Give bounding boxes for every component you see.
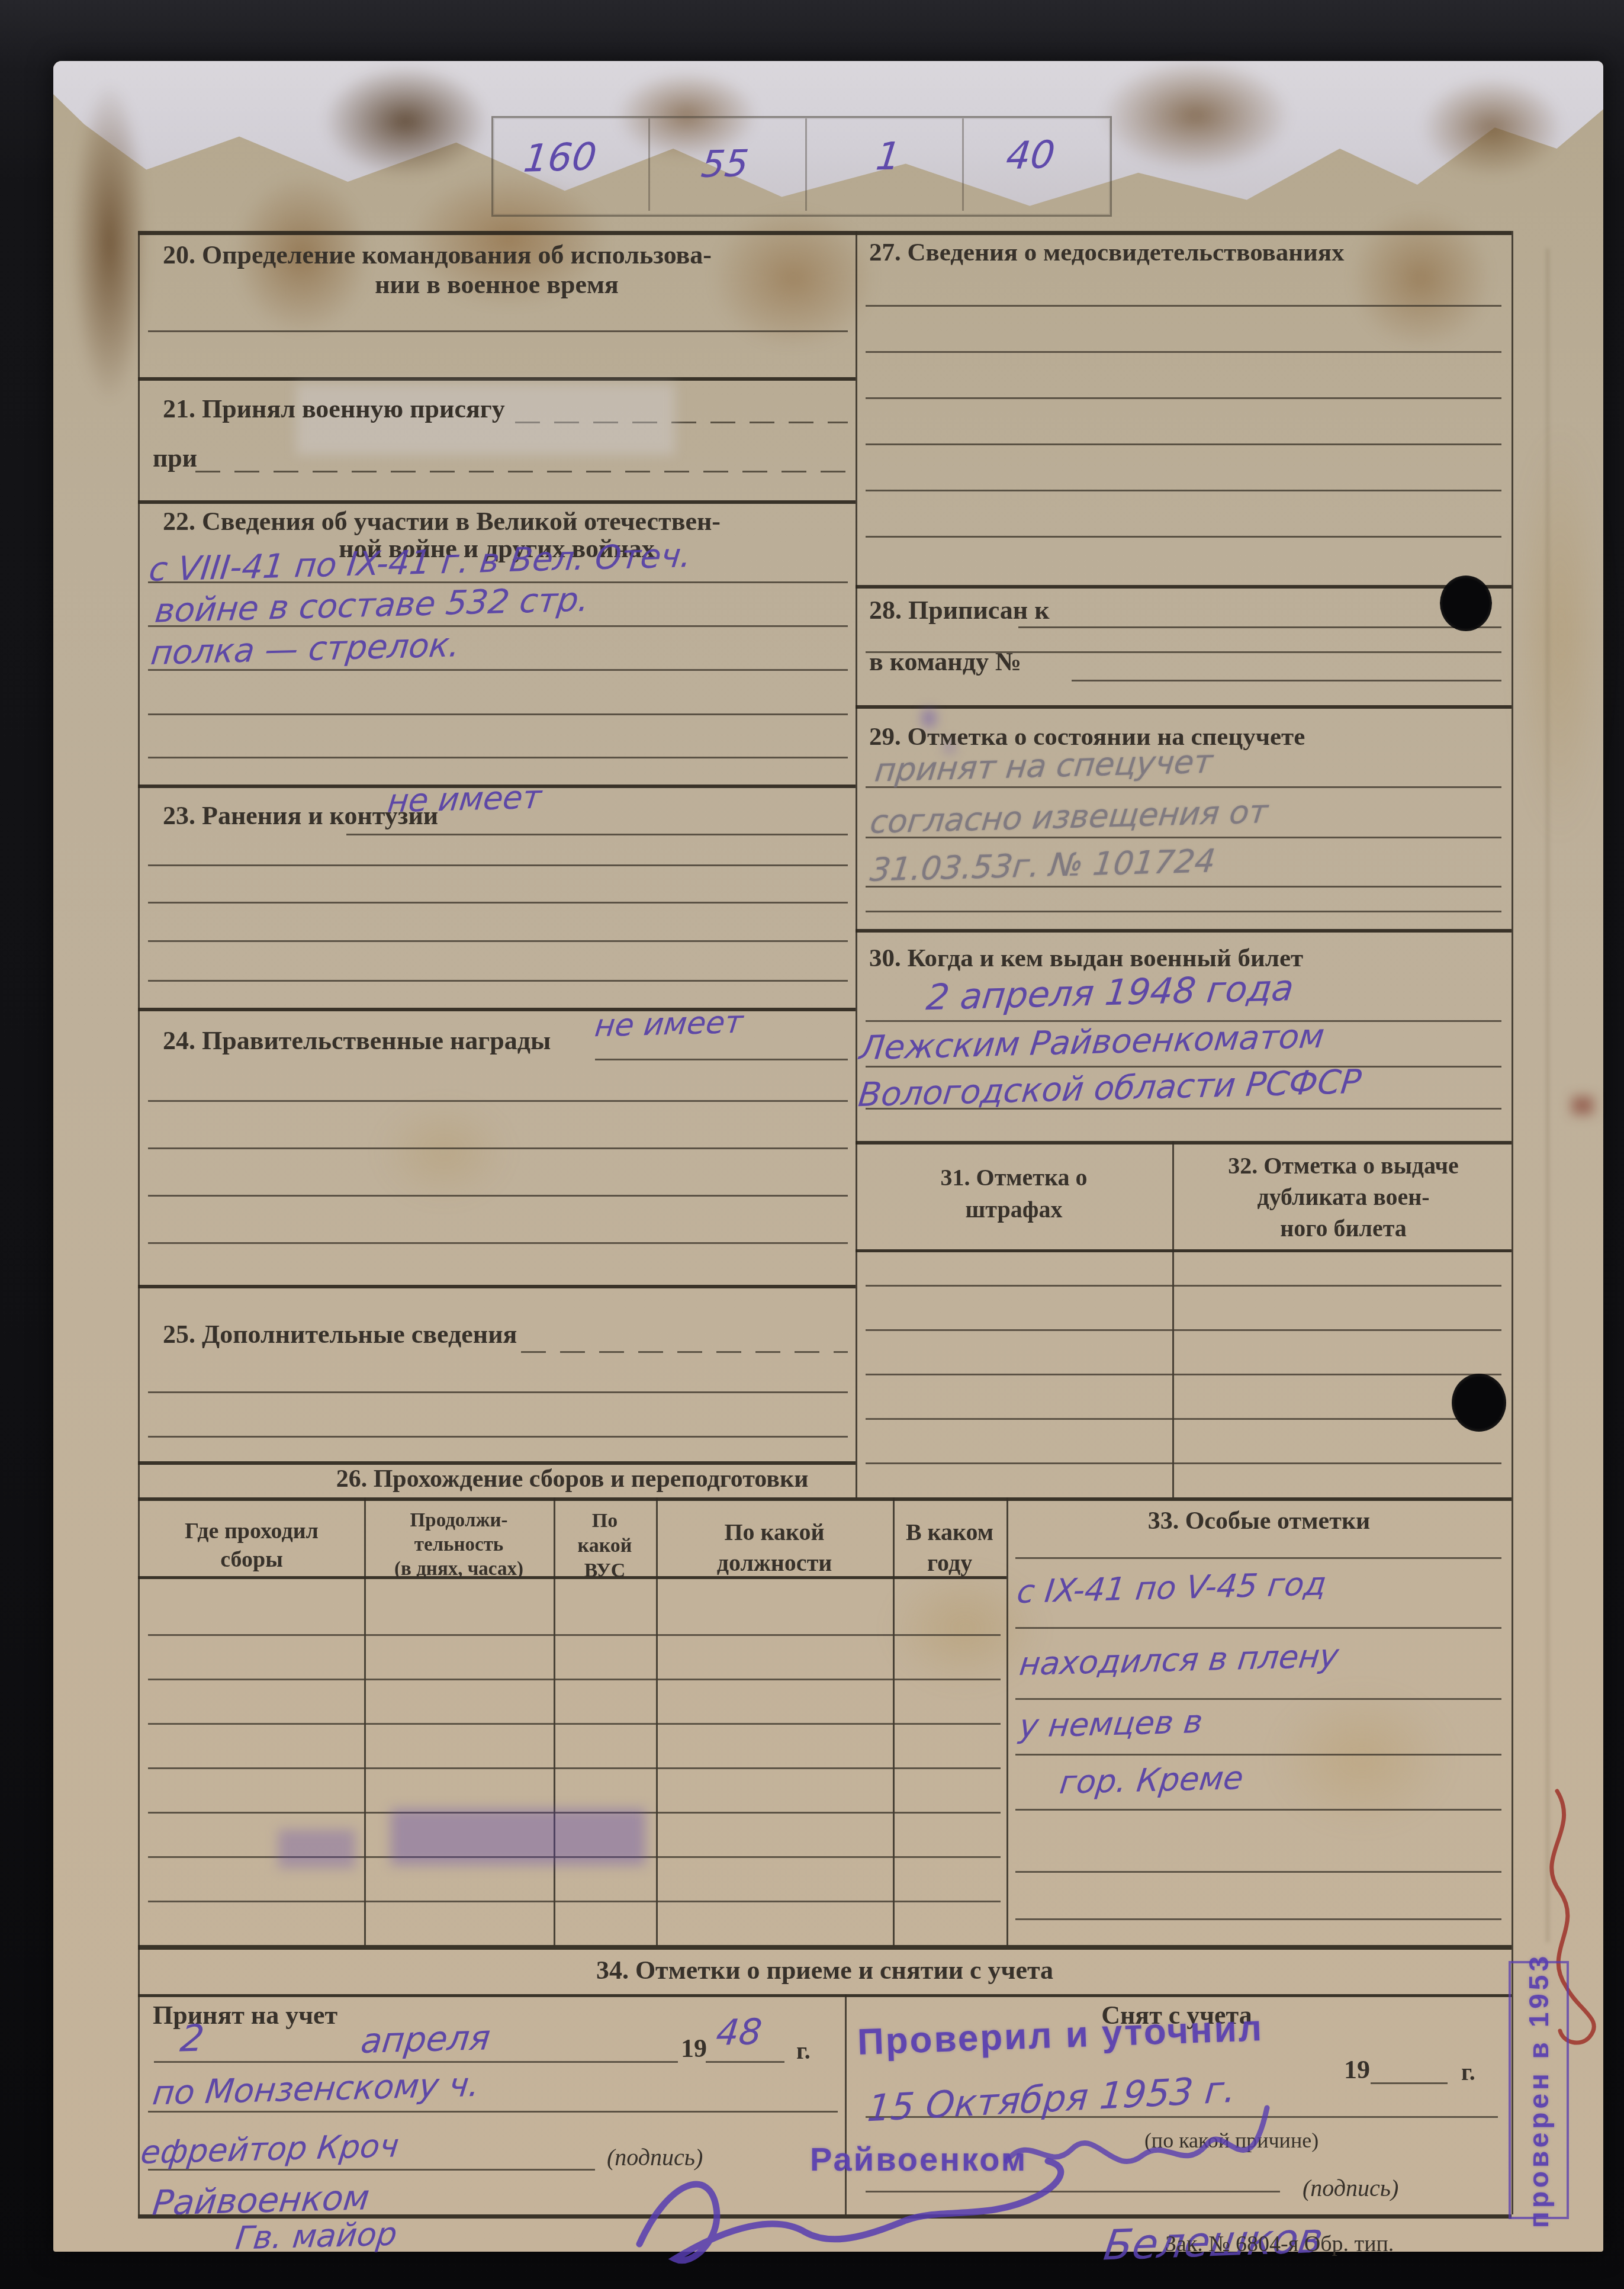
title-line: штрафах	[966, 1196, 1063, 1223]
col-line: Продолжи-	[410, 1510, 508, 1531]
accepted-month-handwriting: апреля	[359, 2017, 493, 2061]
col-line: Где проходил	[185, 1519, 319, 1544]
ruled-line	[866, 1329, 1501, 1331]
section-divider	[138, 377, 856, 381]
ruled-line	[1371, 2082, 1448, 2084]
section-divider	[856, 585, 1512, 589]
red-fleck	[1572, 1097, 1593, 1114]
ruled-line	[1072, 680, 1501, 681]
ruled-line	[148, 1767, 1001, 1769]
ruled-line	[521, 1351, 848, 1353]
archival-number: 1	[874, 134, 903, 179]
training-special-divider	[1006, 1497, 1008, 1945]
title-line: дубликата воен-	[1257, 1184, 1429, 1210]
section-divider	[856, 929, 1512, 933]
ruled-line	[154, 2061, 678, 2063]
signature-squiggle	[995, 2096, 1279, 2203]
fine-duplicate-divider	[1172, 1141, 1174, 1497]
section-28-label2: в команду №	[869, 647, 1021, 677]
ruled-line	[148, 1147, 848, 1149]
ruled-line	[866, 490, 1501, 491]
training-col-duration: Продолжи-тельность(в днях, часах)	[367, 1509, 551, 1581]
ruled-line	[148, 2169, 595, 2171]
training-col-vus: ПокакойВУС	[555, 1509, 654, 1583]
section-divider	[138, 1285, 856, 1288]
section-24-label: 24. Правительственные награды	[163, 1025, 551, 1056]
ruled-line	[866, 1418, 1501, 1420]
training-col-divider	[656, 1497, 658, 1945]
section-27-title: 27. Сведения о медосвидетельствованиях	[869, 238, 1345, 267]
section-divider	[856, 705, 1512, 709]
foxing-spot	[1273, 1687, 1451, 1830]
ruled-line	[1015, 1557, 1501, 1559]
section-24-handwriting: не имеет	[593, 1005, 745, 1044]
col-line: По	[592, 1510, 618, 1532]
training-col-position: По какойдолжности	[658, 1517, 890, 1578]
year-prefix-right: 19	[1344, 2055, 1370, 2085]
section-22-handwriting-line3: полка — стрелок.	[149, 626, 462, 673]
section-divider	[138, 1497, 1512, 1501]
col-line: должности	[717, 1549, 832, 1576]
section-31-title: 31. Отметка оштрафах	[856, 1162, 1172, 1226]
ruled-line	[1015, 1754, 1501, 1756]
scanned-military-card: 160 55 1 40	[0, 0, 1624, 2289]
section-divider	[138, 1994, 1512, 1997]
ink-smudge	[278, 1830, 355, 1868]
paper-crease	[1546, 249, 1549, 1942]
ruled-line	[148, 2111, 838, 2113]
section-divider	[856, 1249, 1512, 1252]
ruled-line	[1018, 626, 1501, 628]
ruled-line	[148, 1242, 848, 1244]
ruled-line	[866, 397, 1501, 399]
section-26-title: 26. Прохождение сборов и переподготовки	[138, 1465, 1006, 1493]
ruled-line	[866, 1374, 1501, 1375]
punch-hole	[1440, 576, 1492, 631]
section-divider	[138, 500, 856, 504]
ruled-line	[148, 1679, 1001, 1680]
year-suffix-right: г.	[1461, 2058, 1475, 2086]
archival-box-divider	[962, 118, 964, 211]
col-line: (в днях, часах)	[394, 1558, 523, 1580]
section-25-label: 25. Дополнительные сведения	[163, 1319, 517, 1349]
checked-1953-stamp-box: проверен в 1953	[1509, 1961, 1569, 2219]
stain	[1421, 77, 1563, 178]
year-suffix: г.	[796, 2037, 811, 2065]
col-line: году	[927, 1549, 972, 1576]
ruled-line	[866, 536, 1501, 538]
ruled-line	[148, 330, 848, 332]
table-border	[138, 231, 140, 2214]
section-divider	[856, 1141, 1512, 1144]
col-line: какой	[578, 1535, 632, 1557]
ruled-line	[706, 2061, 784, 2063]
ruled-line	[1015, 1698, 1501, 1700]
ruled-line	[346, 834, 848, 835]
title-line: ного билета	[1280, 1215, 1407, 1242]
col-line: тельность	[414, 1534, 504, 1555]
section-33-handwriting-line4: гор. Креме	[1057, 1759, 1245, 1801]
section-33-title: 33. Особые отметки	[1006, 1507, 1512, 1535]
signature-caption-right: (подпись)	[1303, 2174, 1398, 2202]
ruled-line	[866, 1462, 1501, 1464]
training-col-year: В какомгоду	[894, 1517, 1005, 1578]
column-divider	[856, 231, 857, 1497]
ruled-line	[148, 1723, 1001, 1725]
ruled-line	[148, 1391, 848, 1393]
section-21-at-label: при	[153, 443, 197, 473]
ruled-line	[148, 1901, 1001, 1902]
stain	[71, 83, 148, 403]
section-20-title-line2: нии в военное время	[138, 269, 856, 300]
ruled-line	[148, 757, 848, 758]
section-33-handwriting-line3: у немцев в	[1017, 1703, 1204, 1745]
section-20-title-line1: 20. Определение командования об использо…	[163, 240, 712, 270]
archival-number: 55	[699, 142, 751, 186]
accepted-year-handwriting: 48	[714, 2011, 764, 2054]
punch-hole	[1452, 1374, 1506, 1432]
foxing-spot	[1516, 426, 1604, 841]
stain	[323, 65, 488, 178]
stain	[1350, 207, 1492, 349]
ruled-line	[866, 911, 1501, 912]
archival-number: 40	[1004, 133, 1057, 178]
table-border	[1512, 231, 1513, 2214]
ruled-line	[148, 1634, 1001, 1636]
archival-box-divider	[805, 118, 807, 211]
training-col-where: Где проходилсборы	[142, 1517, 361, 1574]
accepted-label: Принят на учет	[153, 2000, 337, 2030]
ruled-line	[148, 713, 848, 715]
archival-number: 160	[522, 135, 599, 181]
col-line: ВУС	[584, 1560, 625, 1581]
ruled-line	[1015, 1918, 1501, 1920]
ruled-line	[148, 1195, 848, 1197]
section-28-label1: 28. Приписан к	[869, 595, 1050, 625]
section-divider	[138, 1945, 1512, 1950]
col-line: сборы	[220, 1547, 283, 1572]
section-divider	[138, 1008, 856, 1011]
section-23-handwriting: не имеет	[385, 778, 544, 819]
ruled-line	[195, 471, 848, 472]
section-32-title: 32. Отметка о выдачедубликата воен-ного …	[1175, 1150, 1512, 1244]
ruled-line	[866, 443, 1501, 445]
ruled-line	[148, 902, 848, 904]
bottom-handwriting-rank: Гв. майор	[233, 2215, 399, 2256]
table-border	[138, 231, 1512, 235]
ruled-line	[148, 1100, 848, 1102]
ruled-line	[866, 1285, 1501, 1287]
section-34-title: 34. Отметки о приеме и снятии с учета	[138, 1955, 1512, 1985]
checked-1953-stamp-text: проверен в 1953	[1523, 1953, 1555, 2228]
ruled-line	[148, 940, 848, 942]
ruled-line	[866, 351, 1501, 353]
ruled-line	[866, 305, 1501, 307]
archival-box-divider	[648, 118, 650, 211]
year-prefix: 19	[681, 2033, 707, 2063]
ruled-line	[595, 1059, 848, 1060]
accepted-rank-handwriting: ефрейтор Кроч	[139, 2127, 401, 2171]
ruled-line	[148, 864, 848, 866]
ruled-line	[1015, 1871, 1501, 1873]
col-line: В каком	[906, 1519, 993, 1545]
print-shop-note: Зак. № 6804-я Обр. тип.	[1165, 2231, 1394, 2257]
section-21-label: 21. Принял военную присягу	[163, 394, 505, 424]
training-col-divider	[364, 1497, 366, 1945]
section-22-title-line1: 22. Сведения об участии в Великой отечес…	[163, 506, 721, 536]
title-line: 32. Отметка о выдаче	[1228, 1152, 1459, 1179]
ruled-line	[1015, 1627, 1501, 1629]
ruled-line	[148, 1436, 848, 1438]
ruled-line	[148, 980, 848, 982]
col-line: По какой	[724, 1519, 824, 1545]
ink-smudge	[391, 1809, 645, 1865]
title-line: 31. Отметка о	[941, 1164, 1088, 1191]
stain	[1101, 59, 1291, 172]
foxing-spot	[379, 1101, 509, 1202]
ruled-line	[1015, 1809, 1501, 1811]
